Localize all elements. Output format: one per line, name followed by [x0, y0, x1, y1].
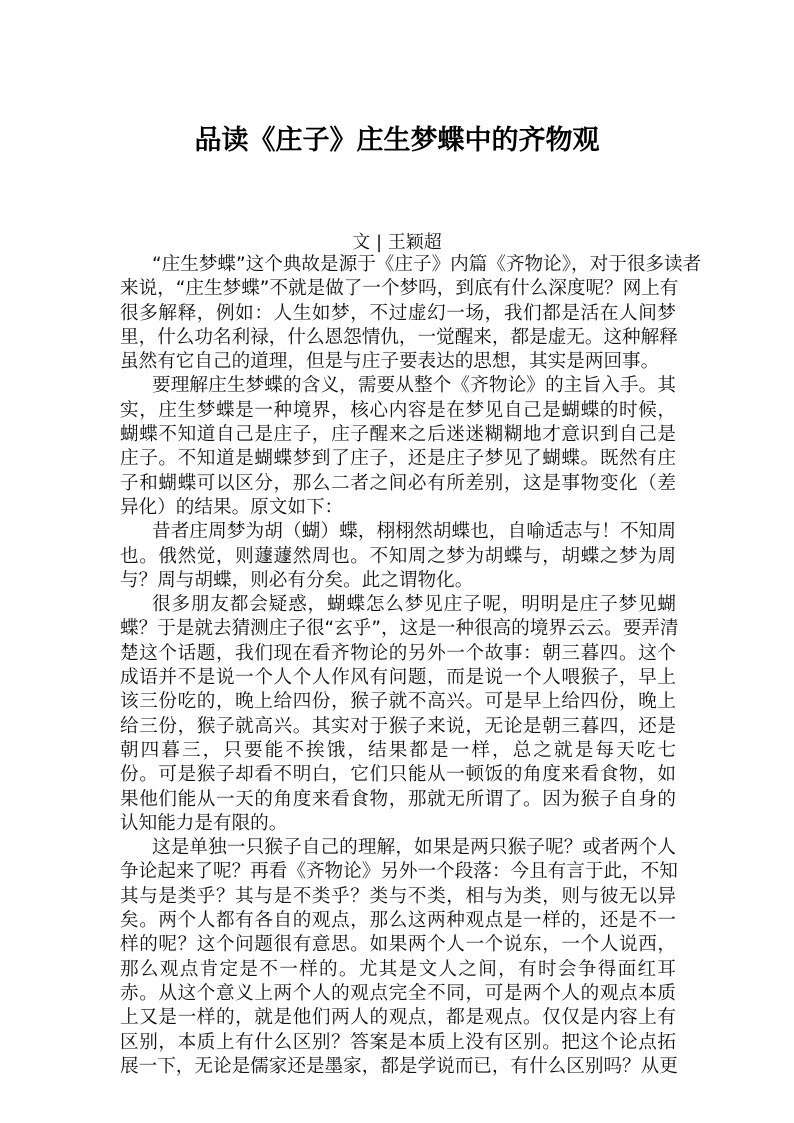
- text-line: 与？周与胡蝶，则必有分矣。此之谓物化。: [120, 569, 676, 593]
- text-line: 异化）的结果。原文如下：: [120, 496, 676, 520]
- text-line: 展一下，无论是儒家还是墨家，都是学说而已，有什么区别吗？从更: [120, 1055, 676, 1079]
- text-line: “庄生梦蝶”这个典故是源于《庄子》内篇《齐物论》，对于很多读者: [120, 253, 676, 277]
- text-line: 份。可是猴子却看不明白，它们只能从一顿饭的角度来看食物，如: [120, 763, 676, 787]
- text-line: 也。俄然觉，则蘧蘧然周也。不知周之梦为胡蝶与，胡蝶之梦为周: [120, 545, 676, 569]
- text-line: 来说，“庄生梦蝶”不就是做了一个梦吗，到底有什么深度呢？网上有: [120, 277, 676, 301]
- text-line: 很多朋友都会疑惑，蝴蝶怎么梦见庄子呢，明明是庄子梦见蝴: [120, 593, 676, 617]
- text-line: 区别，本质上有什么区别？答案是本质上没有区别。把这个论点拓: [120, 1031, 676, 1055]
- text-line: 上又是一样的，就是他们两人的观点，都是观点。仅仅是内容上有: [120, 1006, 676, 1030]
- text-line: 子和蝴蝶可以区分，那么二者之间必有所差别，这是事物变化（差: [120, 472, 676, 496]
- text-line: 这是单独一只猴子自己的理解，如果是两只猴子呢？或者两个人: [120, 836, 676, 860]
- article-body: “庄生梦蝶”这个典故是源于《庄子》内篇《齐物论》，对于很多读者来说，“庄生梦蝶”…: [120, 253, 676, 1079]
- text-line: 庄子。不知道是蝴蝶梦到了庄子，还是庄子梦见了蝴蝶。既然有庄: [120, 447, 676, 471]
- text-line: 虽然有它自己的道理，但是与庄子要表达的思想，其实是两回事。: [120, 350, 676, 374]
- text-line: 楚这个话题，我们现在看齐物论的另外一个故事：朝三暮四。这个: [120, 642, 676, 666]
- text-line: 实，庄生梦蝶是一种境界，核心内容是在梦见自己是蝴蝶的时候，: [120, 399, 676, 423]
- text-line: 昔者庄周梦为胡（蝴）蝶，栩栩然胡蝶也，自喻适志与！不知周: [120, 520, 676, 544]
- text-line: 朝四暮三，只要能不挨饿，结果都是一样，总之就是每天吃七: [120, 739, 676, 763]
- text-line: 赤。从这个意义上两个人的观点完全不同，可是两个人的观点本质: [120, 982, 676, 1006]
- text-line: 蝶？于是就去猜测庄子很“玄乎”，这是一种很高的境界云云。要弄清: [120, 617, 676, 641]
- text-line: 很多解释，例如：人生如梦，不过虚幻一场，我们都是活在人间梦: [120, 302, 676, 326]
- text-line: 给三份，猴子就高兴。其实对于猴子来说，无论是朝三暮四，还是: [120, 715, 676, 739]
- text-line: 认知能力是有限的。: [120, 812, 676, 836]
- author-byline: 文 | 王颖超: [0, 228, 794, 254]
- text-line: 成语并不是说一个人个人作风有问题，而是说一个人喂猴子，早上: [120, 666, 676, 690]
- text-line: 样的呢？这个问题很有意思。如果两个人一个说东，一个人说西，: [120, 933, 676, 957]
- text-line: 里，什么功名利禄，什么恩怨情仇，一觉醒来，都是虚无。这种解释: [120, 326, 676, 350]
- text-line: 其与是类乎？其与是不类乎？类与不类，相与为类，则与彼无以异: [120, 885, 676, 909]
- text-line: 争论起来了呢？再看《齐物论》另外一个段落：今且有言于此，不知: [120, 860, 676, 884]
- document-title: 品读《庄子》庄生梦蝶中的齐物观: [0, 118, 794, 157]
- text-line: 矣。两个人都有各自的观点，那么这两种观点是一样的，还是不一: [120, 909, 676, 933]
- text-line: 果他们能从一天的角度来看食物，那就无所谓了。因为猴子自身的: [120, 788, 676, 812]
- text-line: 要理解庄生梦蝶的含义，需要从整个《齐物论》的主旨入手。其: [120, 374, 676, 398]
- text-line: 该三份吃的，晚上给四份，猴子就不高兴。可是早上给四份，晚上: [120, 690, 676, 714]
- text-line: 蝴蝶不知道自己是庄子，庄子醒来之后迷迷糊糊地才意识到自己是: [120, 423, 676, 447]
- text-line: 那么观点肯定是不一样的。尤其是文人之间，有时会争得面红耳: [120, 958, 676, 982]
- document-page: 品读《庄子》庄生梦蝶中的齐物观 文 | 王颖超 “庄生梦蝶”这个典故是源于《庄子…: [0, 0, 794, 1123]
